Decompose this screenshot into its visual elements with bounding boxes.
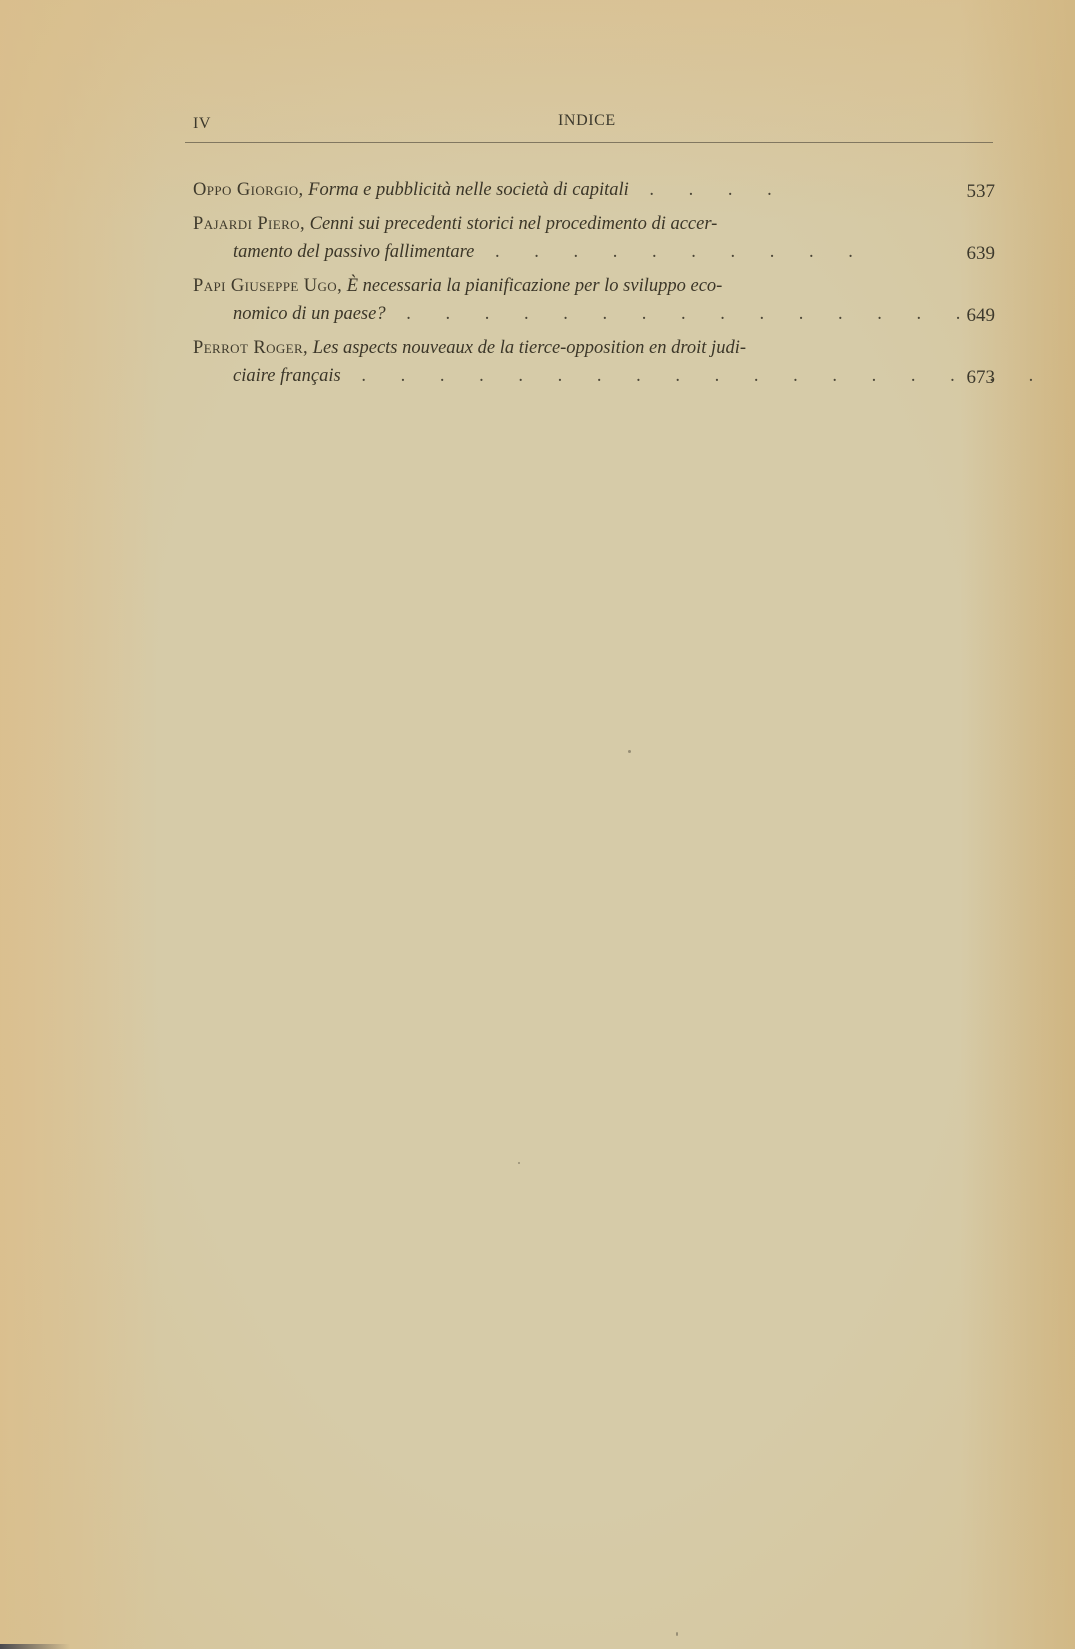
table-of-contents: Oppo Giorgio, Forma e pubblicità nelle s… [193,176,995,396]
toc-title: È necessaria la pianificazione per lo sv… [347,276,723,296]
toc-entry: Oppo Giorgio, Forma e pubblicità nelle s… [193,176,995,204]
dot-leaders: . . . . [649,180,786,200]
toc-page-number: 673 [967,364,996,392]
toc-entry: Papi Giuseppe Ugo, È necessaria la piani… [193,272,995,328]
toc-page-number: 649 [967,302,996,330]
toc-entry: Perrot Roger, Les aspects nouveaux de la… [193,334,995,390]
running-title: INDICE [558,112,616,130]
toc-entry-line: Oppo Giorgio, Forma e pubblicità nelle s… [193,176,935,204]
toc-title-continued: tamento del passivo fallimentare [233,242,474,262]
toc-author: Papi Giuseppe Ugo, [193,276,342,296]
toc-entry-continuation: nomico di un paese? . . . . . . . . . . … [193,300,935,328]
scanned-page: IV INDICE Oppo Giorgio, Forma e pubblici… [0,0,1075,1649]
toc-title: Forma e pubblicità nelle società di capi… [308,180,629,200]
toc-author: Pajardi Piero, [193,214,305,234]
toc-page-number: 537 [967,178,996,206]
toc-author: Oppo Giorgio, [193,180,304,200]
toc-author: Perrot Roger, [193,338,308,358]
paper-speck [518,1162,520,1164]
paper-speck [676,1632,678,1636]
page-header: IV INDICE [193,112,993,136]
toc-entry: Pajardi Piero, Cenni sui precedenti stor… [193,210,995,266]
dot-leaders: . . . . . . . . . . [495,242,868,262]
toc-entry-line: Perrot Roger, Les aspects nouveaux de la… [193,334,935,362]
paper-speck [628,750,631,753]
toc-entry-line: Papi Giuseppe Ugo, È necessaria la piani… [193,272,935,300]
toc-title: Les aspects nouveaux de la tierce-opposi… [313,338,746,358]
header-rule [185,142,993,143]
toc-title-continued: nomico di un paese? [233,304,386,324]
toc-entry-continuation: tamento del passivo fallimentare . . . .… [193,238,935,266]
scan-edge [0,1644,70,1649]
toc-entry-continuation: ciaire français . . . . . . . . . . . . … [193,362,935,390]
toc-entry-line: Pajardi Piero, Cenni sui precedenti stor… [193,210,935,238]
dot-leaders: . . . . . . . . . . . . . . . [406,304,975,324]
toc-title: Cenni sui precedenti storici nel procedi… [310,214,718,234]
page-folio: IV [193,115,211,133]
toc-page-number: 639 [967,240,996,268]
toc-title-continued: ciaire français [233,366,341,386]
dot-leaders: . . . . . . . . . . . . . . . . . . [361,366,1048,386]
